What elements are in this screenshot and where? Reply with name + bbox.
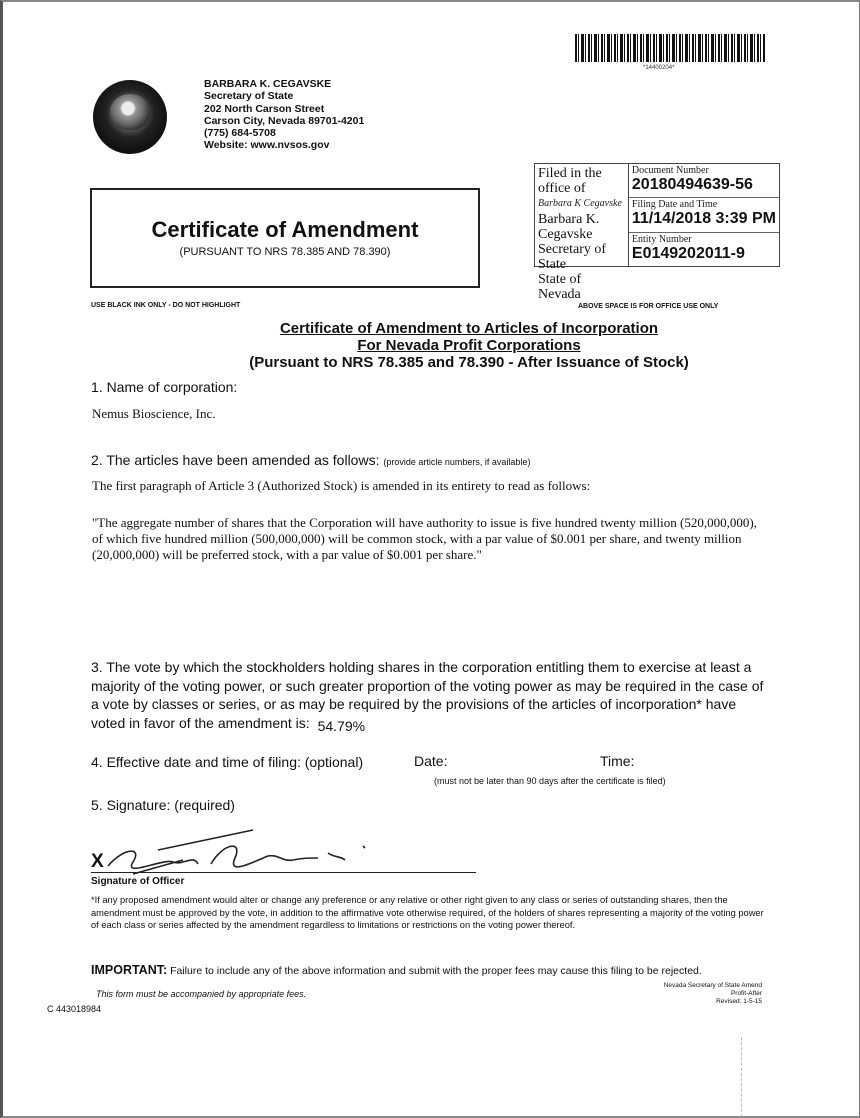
barcode-icon [575, 34, 765, 62]
issuer-website: Website: www.nvsos.gov [204, 139, 364, 151]
filing-stamp-box: Filed in the office of Barbara K Cegavsk… [534, 163, 780, 267]
issuer-block: BARBARA K. CEGAVSKE Secretary of State 2… [204, 78, 364, 152]
certificate-title: Certificate of Amendment [92, 217, 478, 243]
footnote: *If any proposed amendment would alter o… [91, 894, 771, 932]
barcode-number: *14400204* [643, 65, 674, 71]
document-page: BARBARA K. CEGAVSKE Secretary of State 2… [0, 0, 860, 1118]
nevada-seal-icon [93, 80, 167, 154]
document-code: C 443018984 [47, 1004, 101, 1014]
important-note: IMPORTANT: Failure to include any of the… [91, 963, 702, 977]
filed-line: Secretary of State [538, 242, 625, 272]
important-text: Failure to include any of the above info… [170, 965, 702, 977]
filed-line: Barbara K. Cegavske [538, 212, 625, 242]
signature-line [91, 872, 476, 873]
issuer-city: Carson City, Nevada 89701-4201 [204, 115, 364, 127]
effective-time-field[interactable] [643, 753, 763, 769]
fees-note: This form must be accompanied by appropr… [96, 989, 306, 999]
secretary-signature: Barbara K Cegavske [538, 196, 625, 212]
time-label: Time: [600, 753, 634, 769]
issuer-phone: (775) 684-5708 [204, 127, 364, 139]
date-hint: (must not be later than 90 days after th… [434, 776, 666, 786]
entity-number-cell: Entity Number E0149202011-9 [629, 233, 779, 266]
officer-signature-icon[interactable] [103, 828, 393, 883]
office-use-note: ABOVE SPACE IS FOR OFFICE USE ONLY [578, 303, 718, 310]
certificate-title-box: Certificate of Amendment (PURSUANT TO NR… [90, 188, 480, 288]
date-label: Date: [414, 753, 447, 769]
filing-datetime: 11/14/2018 3:39 PM [632, 210, 776, 228]
document-number-cell: Document Number 20180494639-56 [629, 164, 779, 198]
issuer-street: 202 North Carson Street [204, 103, 364, 115]
certificate-subtitle: (PURSUANT TO NRS 78.385 AND 78.390) [92, 246, 478, 258]
issuer-name: BARBARA K. CEGAVSKE [204, 78, 364, 90]
document-number: 20180494639-56 [632, 176, 776, 194]
filed-line: Filed in the office of [538, 166, 625, 196]
form-heading: Certificate of Amendment to Articles of … [83, 320, 855, 371]
amendment-intro: The first paragraph of Article 3 (Author… [92, 478, 782, 494]
issuer-title: Secretary of State [204, 90, 364, 102]
section-3-text: 3. The vote by which the stockholders ho… [91, 659, 763, 731]
amendment-text-field[interactable]: "The aggregate number of shares that the… [92, 515, 764, 563]
document-number-label: Document Number [632, 165, 776, 176]
signature-caption: Signature of Officer [91, 876, 184, 887]
ink-note: USE BLACK INK ONLY - DO NOT HIGHLIGHT [91, 302, 240, 309]
section-3: 3. The vote by which the stockholders ho… [91, 658, 771, 732]
section-2-hint: (provide article numbers, if available) [383, 457, 530, 467]
heading-line-3: (Pursuant to NRS 78.385 and 78.390 - Aft… [83, 354, 855, 371]
section-5-label: 5. Signature: (required) [91, 797, 235, 813]
section-4-label: 4. Effective date and time of filing: (o… [91, 754, 363, 770]
filing-datetime-cell: Filing Date and Time 11/14/2018 3:39 PM [629, 198, 779, 232]
form-id-line-1: Nevada Secretary of State Amend Profit-A… [647, 982, 762, 998]
section-2-title: 2. The articles have been amended as fol… [91, 452, 379, 468]
filed-in-office: Filed in the office of Barbara K Cegavsk… [535, 164, 629, 266]
section-2-label: 2. The articles have been amended as fol… [91, 452, 781, 468]
filed-line: State of Nevada [538, 272, 625, 302]
scan-artifact-line [741, 1037, 742, 1117]
vote-percentage-field[interactable]: 54.79% [318, 718, 365, 734]
entity-number: E0149202011-9 [632, 245, 776, 263]
entity-number-label: Entity Number [632, 234, 776, 245]
important-label: IMPORTANT: [91, 963, 167, 977]
effective-date-field[interactable] [458, 753, 593, 769]
heading-line-2: For Nevada Profit Corporations [83, 337, 855, 354]
signature-x-mark: X [91, 851, 104, 873]
corporation-name-field[interactable]: Nemus Bioscience, Inc. [92, 406, 742, 422]
form-id: Nevada Secretary of State Amend Profit-A… [647, 982, 762, 1006]
heading-line-1: Certificate of Amendment to Articles of … [83, 320, 855, 337]
section-1-label: 1. Name of corporation: [91, 379, 237, 395]
form-id-line-2: Revised: 1-5-15 [647, 998, 762, 1006]
filing-datetime-label: Filing Date and Time [632, 199, 776, 210]
